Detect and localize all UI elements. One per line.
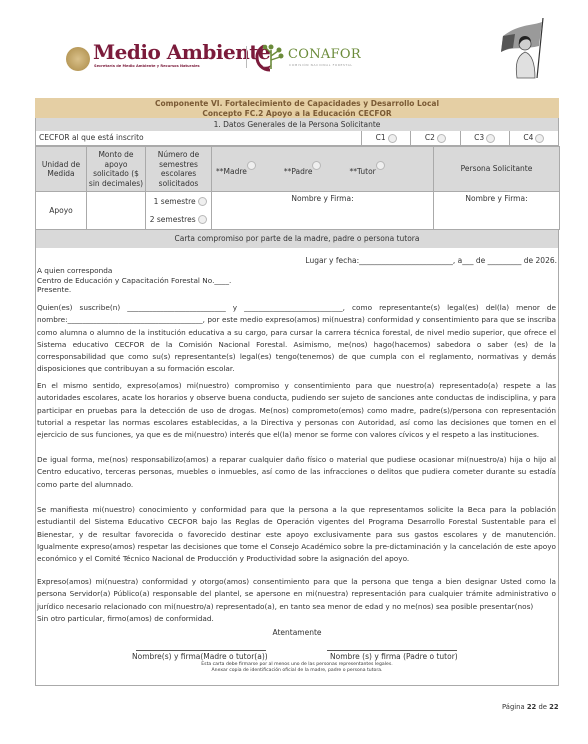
paragraph-3: De igual forma, me(nos) responsabilizo(a… (37, 454, 556, 491)
cecfor-option-c3[interactable]: C3 (460, 131, 509, 145)
cecfor-option-c1[interactable]: C1 (361, 131, 410, 145)
note-id-copy: Anexar copia de identificación oficial d… (36, 668, 558, 675)
semestre-2-radio[interactable] (198, 215, 207, 224)
unidad-value: Apoyo (36, 192, 87, 230)
guardian-option-madre[interactable]: **Madre (216, 161, 256, 177)
logo-divider (246, 46, 247, 68)
cecfor-option-c2[interactable]: C2 (410, 131, 459, 145)
father-signature-line[interactable] (327, 650, 457, 651)
monto-input[interactable] (87, 192, 146, 230)
header-unidad: Unidad de Medida (36, 147, 87, 192)
header-semestres: Número de semestres escolares solicitado… (146, 147, 212, 192)
guardian-option-padre[interactable]: **Padre (284, 161, 322, 177)
c1-radio[interactable] (388, 134, 397, 143)
applicant-signature-field[interactable]: Nombre y Firma: (434, 192, 560, 230)
cecfor-option-c4[interactable]: C4 (509, 131, 558, 145)
c2-radio[interactable] (437, 134, 446, 143)
page-header: Medio Ambiente Secretaría de Medio Ambie… (0, 0, 588, 95)
flag-heroine-illustration-icon (497, 16, 549, 80)
semestres-options: 1 semestre 2 semestres (146, 192, 212, 230)
cecfor-row: CECFOR al que está inscrito C1 C2 C3 C4 (35, 131, 559, 146)
atentamente: Atentamente (36, 628, 558, 637)
closing: Sin otro particular, firmo(amos) de conf… (37, 613, 556, 625)
guardian-signature-field[interactable]: Nombre y Firma: (212, 192, 434, 230)
madre-radio[interactable] (247, 161, 256, 170)
header-solicitante: Persona Solicitante (434, 147, 560, 192)
place-date-field[interactable]: Lugar y fecha:_________________________,… (305, 256, 557, 265)
mother-signature-line[interactable] (136, 650, 266, 651)
c4-radio[interactable] (535, 134, 544, 143)
section-1-title: 1. Datos Generales de la Persona Solicit… (35, 118, 559, 131)
component-title: Componente VI. Fortalecimiento de Capaci… (35, 99, 559, 109)
conafor-logo-subtitle: COMISIÓN NACIONAL FORESTAL (289, 63, 353, 67)
commitment-letter: Lugar y fecha:_________________________,… (35, 248, 559, 686)
padre-radio[interactable] (312, 161, 321, 170)
conafor-logo-title: CONAFOR (288, 47, 361, 62)
semestre-option-2[interactable]: 2 semestres (146, 211, 211, 229)
paragraph-1: Quien(es) suscribe(n) __________________… (37, 302, 556, 376)
paragraph-5: Expreso(amos) mi(nuestra) conformidad y … (37, 576, 556, 613)
paragraph-2: En el mismo sentido, expreso(amos) mi(nu… (37, 380, 556, 441)
semestre-1-radio[interactable] (198, 197, 207, 206)
conafor-tree-icon (254, 42, 286, 72)
semarnat-logo-subtitle: Secretaría de Medio Ambiente y Recursos … (94, 64, 200, 68)
guardian-options-cell: **Madre **Padre **Tutor (212, 147, 434, 192)
father-signature-label: Nombre (s) y firma (Padre o tutor) (330, 652, 458, 661)
mexico-coat-of-arms-icon (66, 47, 90, 71)
addressee: A quien corresponda Centro de Educación … (37, 266, 556, 295)
mother-signature-label: Nombre(s) y firma(Madre o tutor(a)) (132, 652, 268, 661)
semestre-option-1[interactable]: 1 semestre (146, 193, 211, 211)
paragraph-4: Se manifiesta mi(nuestro) conocimiento y… (37, 504, 556, 565)
application-form: Componente VI. Fortalecimiento de Capaci… (35, 98, 559, 686)
component-header: Componente VI. Fortalecimiento de Capaci… (35, 98, 559, 118)
applicant-data-table: Unidad de Medida Monto de apoyo solicita… (35, 146, 560, 230)
page-number: Página 22 de 22 (502, 703, 559, 711)
guardian-option-tutor[interactable]: **Tutor (349, 161, 384, 177)
c3-radio[interactable] (486, 134, 495, 143)
tutor-radio[interactable] (376, 161, 385, 170)
header-monto: Monto de apoyo solicitado ($ sin decimal… (87, 147, 146, 192)
cecfor-label: CECFOR al que está inscrito (36, 131, 361, 145)
carta-compromiso-title: Carta compromiso por parte de la madre, … (35, 230, 559, 248)
semarnat-logo-title: Medio Ambiente (93, 40, 270, 64)
